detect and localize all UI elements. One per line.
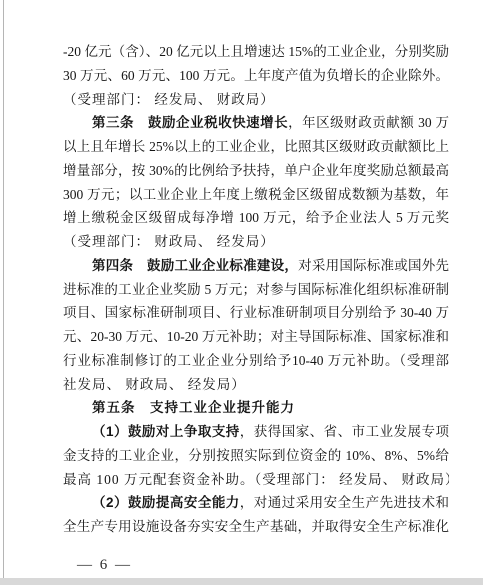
text-line-text: -20 亿元（含）、20 亿元以上且增速达 15%的工业企业，分别奖励	[63, 44, 449, 59]
text-line-text: 最高 100 万元配套资金补助。（受理部门： 经发局、 财政局）	[63, 472, 449, 487]
text-line: 增量部分，按 30%的比例给予扶持，单户企业年度奖励总额最高	[63, 159, 449, 183]
text-line: 30 万元、60 万元、100 万元。上年度产值为负增长的企业除外。	[63, 64, 449, 88]
text-line-text: （受理部门： 财政局、 经发局）	[63, 234, 275, 249]
text-line: 行业标准制修订的工业企业分别给予10-40 万元补助。（受理部门：	[63, 349, 449, 373]
text-line-text: 对采用国际标准或国外先	[298, 258, 449, 273]
text-line: （受理部门： 财政局、 经发局）	[63, 230, 449, 254]
text-line-bold: （2）鼓励提高安全能力	[92, 495, 240, 510]
text-line-text: 全生产专用设施设备夯实安全生产基础，并取得安全生产标准化	[63, 519, 449, 534]
page-number: — 6 —	[77, 557, 132, 574]
text-line-bold: 第三条 鼓励企业税收快速增长	[92, 115, 288, 130]
scan-left-edge-line	[3, 0, 4, 585]
text-line-text: 项目、国家标准研制项目、行业标准研制项目分别给予 30-40 万	[63, 305, 449, 320]
text-line: 第三条 鼓励企业税收快速增长，年区级财政贡献额 30 万元	[63, 111, 449, 135]
text-line: 增上缴税金区级留成每净增 100 万元，给予企业法人 5 万元奖励。	[63, 206, 449, 230]
text-line-text: 以上且年增长 25%以上的工业企业，比照其区级财政贡献额比上年	[63, 139, 449, 159]
text-line-text: 增上缴税金区级留成每净增 100 万元，给予企业法人 5 万元奖励。	[63, 210, 449, 230]
text-line-text: 进标准的工业企业奖励 5 万元；对参与国际标准化组织标准研制	[63, 282, 449, 297]
text-line: -20 亿元（含）、20 亿元以上且增速达 15%的工业企业，分别奖励	[63, 40, 449, 64]
text-line-text: 行业标准制修订的工业企业分别给予10-40 万元补助。（受理部门：	[63, 353, 449, 373]
scan-bottom-edge-strip	[0, 578, 483, 585]
text-line: （2）鼓励提高安全能力，对通过采用安全生产先进技术和安	[63, 491, 449, 515]
text-line-text: 300 万元；以工业企业上年度上缴税金区级留成数额为基数，年新	[63, 187, 449, 207]
text-line-bold: 第五条 支持工业企业提升能力	[92, 400, 295, 415]
text-line: 最高 100 万元配套资金补助。（受理部门： 经发局、 财政局）	[63, 468, 449, 492]
text-line: 全生产专用设施设备夯实安全生产基础，并取得安全生产标准化	[63, 515, 449, 539]
text-line-text: （受理部门： 经发局、 财政局）	[63, 92, 275, 107]
text-line: 项目、国家标准研制项目、行业标准研制项目分别给予 30-40 万	[63, 301, 449, 325]
text-line-text: 社发局、 财政局、 经发局）	[63, 377, 246, 392]
text-line-bold: 第四条 鼓励工业企业标准建设，	[92, 258, 298, 273]
text-line: 进标准的工业企业奖励 5 万元；对参与国际标准化组织标准研制	[63, 278, 449, 302]
text-line-text: 元、20-30 万元、10-20 万元补助；对主导国际标准、国家标准和	[63, 329, 449, 344]
text-line-text: 金支持的工业企业，分别按照实际到位资金的 10%、8%、5%给予	[63, 448, 449, 468]
text-line: 第五条 支持工业企业提升能力	[63, 396, 449, 420]
text-line: 300 万元；以工业企业上年度上缴税金区级留成数额为基数，年新	[63, 183, 449, 207]
text-line-text: 增量部分，按 30%的比例给予扶持，单户企业年度奖励总额最高	[63, 163, 449, 178]
text-line: 第四条 鼓励工业企业标准建设，对采用国际标准或国外先	[63, 254, 449, 278]
text-line: （1）鼓励对上争取支持，获得国家、省、市工业发展专项资	[63, 420, 449, 444]
text-line: 社发局、 财政局、 经发局）	[63, 373, 449, 397]
text-line: 金支持的工业企业，分别按照实际到位资金的 10%、8%、5%给予	[63, 444, 449, 468]
text-line: （受理部门： 经发局、 财政局）	[63, 88, 449, 112]
document-text-block: -20 亿元（含）、20 亿元以上且增速达 15%的工业企业，分别奖励 30 万…	[63, 40, 449, 539]
text-line: 元、20-30 万元、10-20 万元补助；对主导国际标准、国家标准和	[63, 325, 449, 349]
text-line: 以上且年增长 25%以上的工业企业，比照其区级财政贡献额比上年	[63, 135, 449, 159]
text-line-text: 30 万元、60 万元、100 万元。上年度产值为负增长的企业除外。	[63, 68, 449, 83]
text-line-bold: （1）鼓励对上争取支持	[92, 424, 240, 439]
